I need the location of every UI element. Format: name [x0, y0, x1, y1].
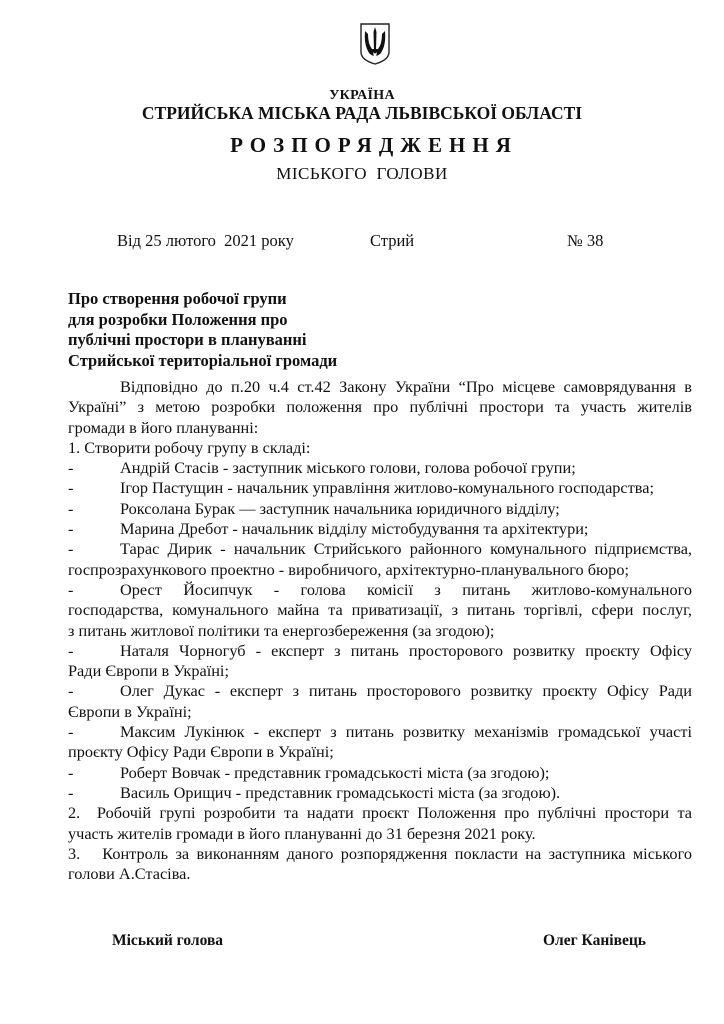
member-item: - Роксолана Бурак — заступник начальника…	[68, 499, 692, 519]
document-subject: Про створення робочої групи для розробки…	[68, 289, 337, 371]
issuer-heading: МІСЬКОГО ГОЛОВИ	[0, 164, 724, 184]
dash-bullet: -	[68, 478, 73, 498]
member-item: - Максим Лукінюк - експерт з питань розв…	[68, 722, 692, 763]
member-text: Тарас Дирик - начальник Стрийського райо…	[120, 539, 692, 559]
dash-bullet: -	[68, 722, 73, 742]
member-text: Андрій Стасів - заступник міського голов…	[120, 458, 692, 478]
signature-position: Міський голова	[112, 932, 223, 950]
member-item: - Олег Дукас - експерт з питань просторо…	[68, 681, 692, 722]
member-item: - Орест Йосипчук - голова комісії з пита…	[68, 580, 692, 641]
dash-bullet: -	[68, 539, 73, 559]
member-item: - Роберт Вовчак - представник громадсько…	[68, 763, 692, 783]
subject-line: Стрийської територіальної громади	[68, 351, 337, 372]
member-text: Василь Орищич - представник громадськост…	[120, 783, 692, 803]
preamble-line: Відповідно до п.20 ч.4 ст.42 Закону Укра…	[68, 377, 692, 397]
dash-bullet: -	[68, 580, 73, 600]
dash-bullet: -	[68, 783, 73, 803]
dash-bullet: -	[68, 499, 73, 519]
item-1-title: 1. Створити робочу групу в складі:	[68, 438, 692, 458]
member-text: Марина Дребот - начальник відділу містоб…	[120, 519, 692, 539]
member-item: - Василь Орищич - представник громадсько…	[68, 783, 692, 803]
member-text: Ради Європи в Україні;	[68, 661, 692, 681]
document-place: Стрий	[370, 231, 414, 251]
member-text: проєкту Офісу Ради Європи в Україні;	[68, 742, 692, 762]
member-text: Наталя Чорногуб - експерт з питань прост…	[120, 641, 692, 661]
document-body: Відповідно до п.20 ч.4 ст.42 Закону Укра…	[68, 377, 692, 884]
document-number: № 38	[567, 231, 603, 251]
member-text: Максим Лукінюк - експерт з питань розвит…	[120, 722, 692, 742]
dash-bullet: -	[68, 458, 73, 478]
document-type-heading: РОЗПОРЯДЖЕННЯ	[0, 133, 724, 158]
member-text: Ігор Пастущин - начальник управління жит…	[120, 478, 692, 498]
member-item: - Наталя Чорногуб - експерт з питань про…	[68, 641, 692, 682]
item-2-line: участь жителів громади в його плануванні…	[68, 824, 692, 844]
document-page: УКРАЇНА СТРИЙСЬКА МІСЬКА РАДА ЛЬВІВСЬКОЇ…	[0, 0, 724, 1024]
member-item: - Марина Дребот - начальник відділу міст…	[68, 519, 692, 539]
member-text: Роберт Вовчак - представник громадськост…	[120, 763, 692, 783]
member-text: Роксолана Бурак — заступник начальника ю…	[120, 499, 692, 519]
dash-bullet: -	[68, 681, 73, 701]
dash-bullet: -	[68, 641, 73, 661]
member-item: - Андрій Стасів - заступник міського гол…	[68, 458, 692, 478]
subject-line: для розробки Положення про	[68, 310, 337, 331]
document-date: Від 25 лютого 2021 року	[117, 231, 294, 251]
preamble-line: Україні” з метою розробки положення про …	[68, 397, 692, 417]
member-text: Європи в Україні;	[68, 702, 692, 722]
member-text: Орест Йосипчук - голова комісії з питань…	[120, 580, 692, 600]
dash-bullet: -	[68, 763, 73, 783]
signature-name: Олег Канівець	[543, 932, 646, 950]
member-item: - Тарас Дирик - начальник Стрийського ра…	[68, 539, 692, 580]
country-heading: УКРАЇНА	[0, 88, 724, 104]
dash-bullet: -	[68, 519, 73, 539]
preamble-line: громади в його плануванні:	[68, 418, 692, 438]
member-text: госпрозрахункового проектно - виробничог…	[68, 560, 692, 580]
item-3-line: голови А.Стасіва.	[68, 864, 692, 884]
trident-coat-of-arms-icon	[359, 22, 391, 66]
member-text: господарства, комунального майна та прив…	[68, 600, 692, 620]
item-2-line: 2. Робочій групі розробити та надати про…	[68, 803, 692, 823]
subject-line: Про створення робочої групи	[68, 289, 337, 310]
council-heading: СТРИЙСЬКА МІСЬКА РАДА ЛЬВІВСЬКОЇ ОБЛАСТІ	[0, 103, 724, 124]
member-text: Олег Дукас - експерт з питань просторово…	[120, 681, 692, 701]
member-item: - Ігор Пастущин - начальник управління ж…	[68, 478, 692, 498]
subject-line: публічні простори в плануванні	[68, 330, 337, 351]
item-3-line: 3. Контроль за виконанням даного розпоря…	[68, 844, 692, 864]
member-text: з питань житлової політики та енергозбер…	[68, 621, 692, 641]
